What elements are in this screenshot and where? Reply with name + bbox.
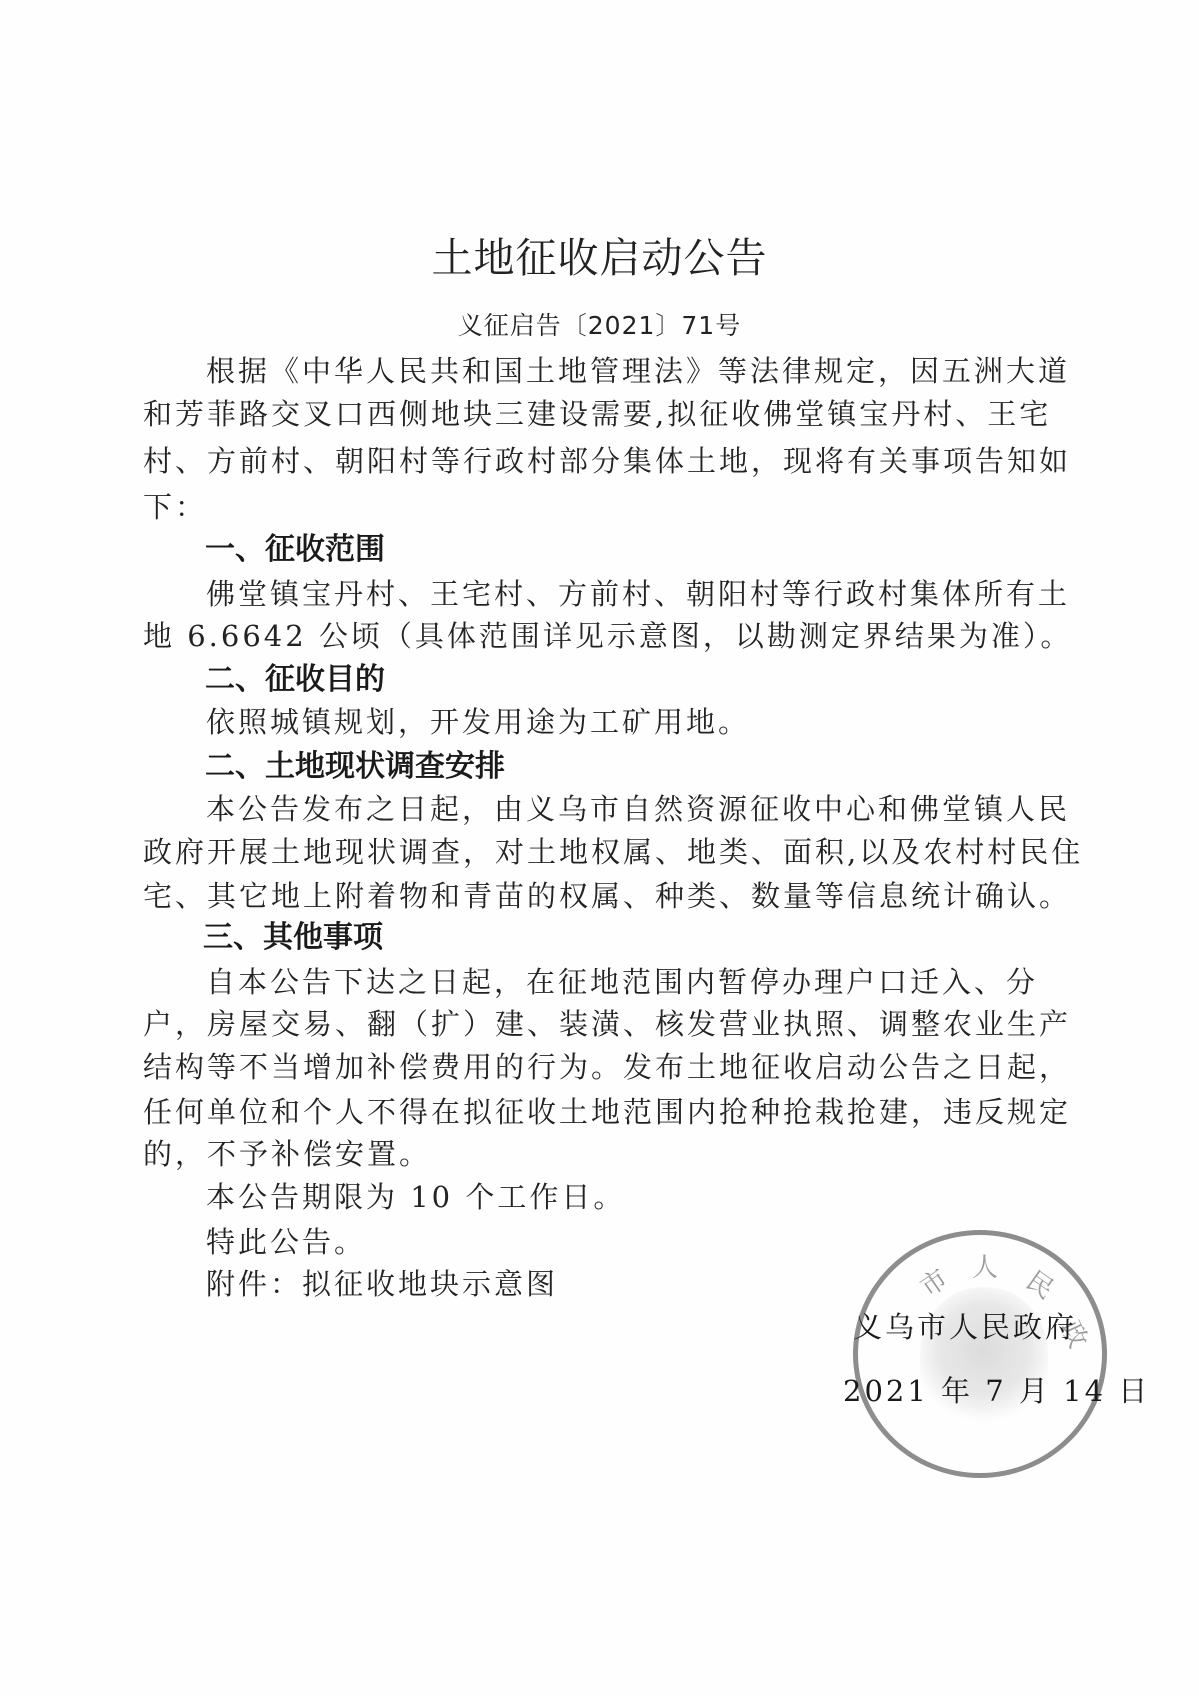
body-line: 户，房屋交易、翻（扩）建、装潢、核发营业执照、调整农业生产: [143, 1010, 1071, 1039]
attachment-line[interactable]: 附件：拟征收地块示意图: [206, 1270, 558, 1299]
section-heading-survey: 二、土地现状调查安排: [205, 752, 505, 782]
official-seal: 市 人 民 政: [853, 1230, 1107, 1478]
body-line: 结构等不当增加补偿费用的行为。发布土地征收启动公告之日起，: [143, 1053, 1071, 1082]
signature-authority: 义乌市人民政府: [853, 1313, 1077, 1342]
body-line: 依照城镇规划，开发用途为工矿用地。: [206, 708, 750, 737]
notice-period: 本公告期限为 10 个工作日。: [206, 1183, 625, 1212]
body-line: 宅、其它地上附着物和青苗的权属、种类、数量等信息统计确认。: [143, 882, 1071, 911]
document-title: 土地征收启动公告: [0, 238, 1199, 279]
signature-date: 2021 年 7 月 14 日: [843, 1377, 1150, 1406]
document-page: 土地征收启动公告 义征启告〔2021〕71号 根据《中华人民共和国土地管理法》等…: [0, 0, 1199, 1696]
body-line: 下：: [143, 493, 207, 522]
body-line: 根据《中华人民共和国土地管理法》等法律规定，因五洲大道: [206, 357, 1070, 386]
body-line: 和芳菲路交叉口西侧地块三建设需要,拟征收佛堂镇宝丹村、王宅: [143, 400, 1051, 429]
body-line: 任何单位和个人不得在拟征收土地范围内抢种抢栽抢建，违反规定: [143, 1098, 1071, 1127]
seal-arc-char: 人: [972, 1247, 998, 1284]
body-line: 村、方前村、朝阳村等行政村部分集体土地，现将有关事项告知如: [143, 447, 1071, 476]
closing-text: 特此公告。: [206, 1228, 366, 1257]
body-line: 的，不予补偿安置。: [143, 1140, 431, 1169]
section-heading-other: 三、其他事项: [203, 923, 383, 953]
body-line: 佛堂镇宝丹村、王宅村、方前村、朝阳村等行政村集体所有土: [206, 580, 1070, 609]
body-line: 政府开展土地现状调查，对土地权属、地类、面积,以及农村村民住: [143, 838, 1083, 867]
document-number: 义征启告〔2021〕71号: [0, 313, 1199, 338]
body-line: 自本公告下达之日起，在征地范围内暂停办理户口迁入、分: [206, 968, 1038, 997]
section-heading-scope: 一、征收范围: [205, 535, 385, 565]
seal-arc-char: 民: [1020, 1261, 1063, 1306]
body-line: 本公告发布之日起，由义乌市自然资源征收中心和佛堂镇人民: [206, 795, 1070, 824]
section-heading-purpose: 二、征收目的: [205, 665, 385, 695]
body-line: 地 6.6642 公顷（具体范围详见示意图，以勘测定界结果为准）。: [143, 622, 1072, 651]
